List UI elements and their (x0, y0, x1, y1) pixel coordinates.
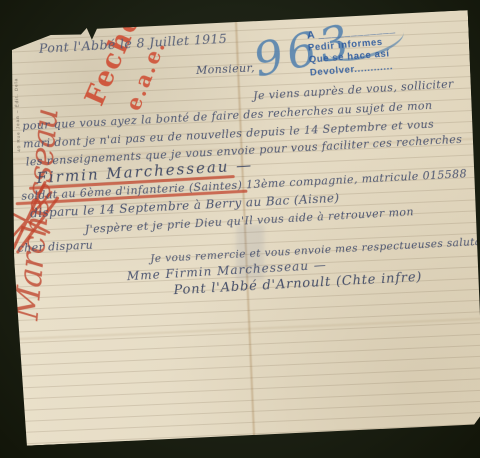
spanish-info-stamp: A ____________ Pedir informes Que se hac… (307, 23, 399, 80)
salutation: Monsieur, (196, 61, 255, 77)
scan-background: 40 Rue Jean – Édit. Dela Marchesseau Fec… (0, 0, 480, 458)
letter-paper: 40 Rue Jean – Édit. Dela Marchesseau Fec… (4, 10, 480, 446)
